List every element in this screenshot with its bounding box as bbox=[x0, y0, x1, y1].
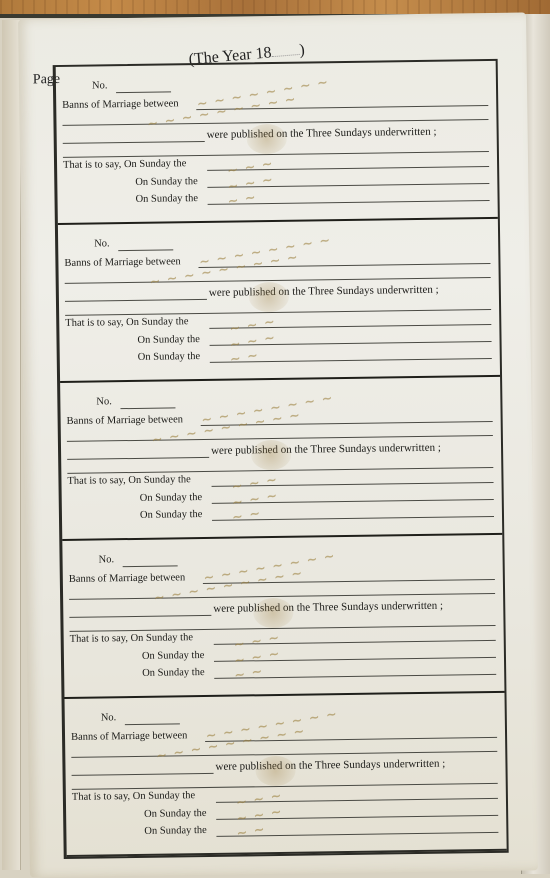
year-close: ) bbox=[299, 42, 306, 59]
number-field[interactable] bbox=[120, 407, 175, 409]
published-statement: were published on the Three Sundays unde… bbox=[215, 757, 505, 773]
year-blank bbox=[272, 54, 300, 57]
banns-entry: No. Banns of Marriage between were publi… bbox=[62, 535, 504, 699]
sunday-label-1: On Sunday the bbox=[128, 474, 191, 486]
banns-entry: No. Banns of Marriage between were publi… bbox=[60, 377, 502, 541]
register-page: (The Year 18) Page No. Banns of Marriage… bbox=[18, 12, 538, 877]
that-is-text: That is to say, bbox=[63, 159, 121, 171]
number-field[interactable] bbox=[123, 565, 178, 567]
that-is-text: That is to say, bbox=[65, 317, 123, 329]
banns-entry: No. Banns of Marriage between were publi… bbox=[65, 693, 507, 857]
number-label: No. bbox=[92, 75, 496, 92]
names-field-3[interactable] bbox=[67, 457, 209, 460]
names-field-3[interactable] bbox=[72, 773, 214, 776]
number-field[interactable] bbox=[125, 723, 180, 725]
sunday-label-1: On Sunday the bbox=[126, 316, 189, 328]
number-field[interactable] bbox=[116, 91, 171, 93]
sunday-label-1: On Sunday the bbox=[130, 632, 193, 644]
number-label: No. bbox=[101, 707, 505, 724]
banns-entry: No. Banns of Marriage between were publi… bbox=[56, 61, 498, 225]
underlying-pages bbox=[2, 20, 21, 870]
that-is-text: That is to say, bbox=[70, 633, 128, 645]
number-label: No. bbox=[99, 549, 503, 566]
that-is-text: That is to say, bbox=[72, 791, 130, 803]
published-statement: were published on the Three Sundays unde… bbox=[211, 441, 501, 457]
names-field-3[interactable] bbox=[65, 299, 207, 302]
banns-entry: No. Banns of Marriage between were publi… bbox=[58, 219, 500, 383]
published-statement: were published on the Three Sundays unde… bbox=[213, 599, 503, 615]
number-field[interactable] bbox=[118, 249, 173, 251]
names-field-3[interactable] bbox=[63, 141, 205, 144]
names-field-3[interactable] bbox=[69, 615, 211, 618]
number-label: No. bbox=[96, 391, 500, 408]
sunday-label-1: On Sunday the bbox=[124, 158, 187, 170]
sunday-label-1: On Sunday the bbox=[133, 790, 196, 802]
banns-register-frame: No. Banns of Marriage between were publi… bbox=[53, 59, 509, 859]
that-is-text: That is to say, bbox=[67, 475, 125, 487]
number-label: No. bbox=[94, 233, 498, 250]
published-statement: were published on the Three Sundays unde… bbox=[207, 125, 497, 141]
published-statement: were published on the Three Sundays unde… bbox=[209, 283, 499, 299]
